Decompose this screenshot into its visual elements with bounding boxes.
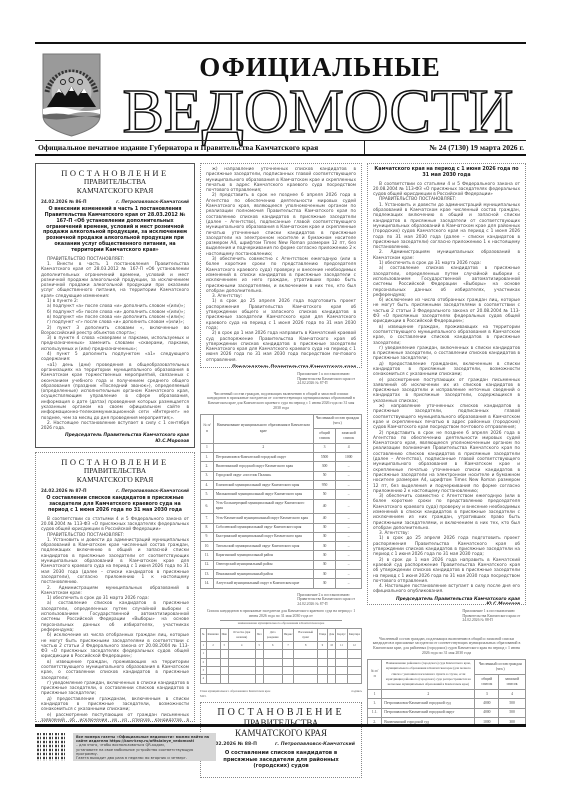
form-caption: Список кандидатов в присяжные заседатели… xyxy=(204,609,358,619)
publication-subtitle: Официальное печатное издание Губернатора… xyxy=(35,141,365,154)
juror-list-form-table: №ФамилияИмяОтчество (при наличии)ПолДата… xyxy=(200,628,362,684)
table-caption: Численный состав граждан, подлежащих вкл… xyxy=(204,392,358,411)
masthead-subbar: Официальное печатное издание Губернатора… xyxy=(35,140,526,156)
decree-meta: 24.02.2026 № 88-П г. Петропавловск-Камча… xyxy=(207,742,355,747)
decree-title: О составлении списков кандидатов в прися… xyxy=(41,496,189,513)
decree-title: О внесении изменений в часть 1 постановл… xyxy=(41,207,189,253)
table-row: 14.Алеутский муниципальный округ в Камча… xyxy=(201,579,362,588)
appendix-1-label: Приложение 1 к постановлению Правительст… xyxy=(462,609,526,623)
footer-info-box: Все номера газеты «Официальные ведомости… xyxy=(73,733,216,761)
appendix-1-label: Приложение 1 к постановлению Правительст… xyxy=(297,372,362,386)
decree-city: г. Петропавловск-Камчатский xyxy=(116,199,189,204)
decree-meta: 24.02.2026 № 86-П г. Петропавловск-Камча… xyxy=(41,199,189,204)
form-empty-row: 2 xyxy=(201,658,362,666)
decree-header: ПОСТАНОВЛЕНИЕ ПРАВИТЕЛЬСТВА КАМЧАТСКОГО … xyxy=(41,457,189,484)
form-index-row: 123456789101112 xyxy=(201,642,362,650)
appendix-2-label: Приложение 2 к постановлению Правительст… xyxy=(297,593,362,607)
decree-meta: 24.02.2026 № 87-П г. Петропавловск-Камча… xyxy=(41,488,189,493)
form-empty-row: 3 xyxy=(201,667,362,675)
table-row: 9.Быстринский муниципальный округ Камчат… xyxy=(201,532,362,541)
decree-88: ПОСТАНОВЛЕНИЕ ПРАВИТЕЛЬСТВА КАМЧАТСКОГО … xyxy=(200,702,362,778)
form-empty-row: 4 xyxy=(201,675,362,683)
table-row: 5.Мильковский муниципальный округ Камчат… xyxy=(201,490,362,499)
table-row: 6.Усть-Большерецкий муниципальный округ … xyxy=(201,499,362,514)
table-row: 11.Карагинский муниципальный район30– xyxy=(201,551,362,560)
table-row: 7.Усть-Камчатский муниципальный округ Ка… xyxy=(201,514,362,523)
footer-note-title: Все номера газеты «Официальные ведомости… xyxy=(76,735,213,743)
decree-signature: Председатель Правительства Камчатского к… xyxy=(373,597,520,605)
kamchatka-coat-of-arms-icon xyxy=(41,52,102,138)
table-row: 4.Елизовский муниципальный округ Камчатс… xyxy=(201,481,362,490)
decree-87-continued: ж) направление уточненных списков кандид… xyxy=(200,163,362,368)
table-row: 13.Пенжинский муниципальный район30– xyxy=(201,570,362,579)
page-bottom-rule xyxy=(35,724,526,727)
form-header-row: №ФамилияИмяОтчество (при наличии)ПолДата… xyxy=(201,628,362,642)
form-empty-row: 1 xyxy=(201,650,362,658)
column-3: Камчатского края на период с 1 июня 2026… xyxy=(367,163,526,727)
decree-header: ПОСТАНОВЛЕНИЕ ПРАВИТЕЛЬСТВА КАМЧАТСКОГО … xyxy=(41,168,189,195)
table-row: 1.Петропавловск-Камчатский городской суд… xyxy=(368,699,526,708)
decree-signature: Председатель Правительства Камчатского к… xyxy=(41,433,189,444)
decree-city: г. Петропавловск-Камчатский xyxy=(275,742,355,747)
masthead-top-rule xyxy=(35,42,526,44)
form-caption-sub: наименование муниципального образования … xyxy=(220,620,342,626)
decree-date-number: 24.02.2026 № 86-П xyxy=(41,199,87,204)
district-courts-jurors-table: № п/п Наименование районного (городского… xyxy=(367,659,526,728)
masthead-title-main: ВЕДОМОСТИ xyxy=(108,82,528,142)
table-row: 1.Петропавловск-Камчатский городской окр… xyxy=(201,453,362,462)
table-row: 1.1.Петропавловск-Камчатский городской о… xyxy=(368,708,526,717)
table-row: 3.Городской округ «поселок Палана»50– xyxy=(201,471,362,480)
decree-title-continued: Камчатского края на период с 1 июня 2026… xyxy=(373,167,520,179)
decree-87: ПОСТАНОВЛЕНИЕ ПРАВИТЕЛЬСТВА КАМЧАТСКОГО … xyxy=(35,452,195,722)
qr-code-icon[interactable] xyxy=(37,733,65,761)
decree-signature: Председатель Правительства Камчатского к… xyxy=(206,365,356,368)
decree-city: г. Петропавловск-Камчатский xyxy=(116,488,189,493)
decree-86: ПОСТАНОВЛЕНИЕ ПРАВИТЕЛЬСТВА КАМЧАТСКОГО … xyxy=(35,163,195,448)
table-body: 1.Петропавловск-Камчатский городской окр… xyxy=(201,453,362,588)
table-row: 12.Олюторский муниципальный район30– xyxy=(201,560,362,569)
column-2: ж) направление уточненных списков кандид… xyxy=(200,163,362,778)
table-row: 10.Тигильский муниципальный округ Камчат… xyxy=(201,542,362,551)
table-row: 8.Соболевский муниципальный округ Камчат… xyxy=(201,523,362,532)
table-body: 1.Петропавловск-Камчатский городской суд… xyxy=(368,699,526,727)
column-1: ПОСТАНОВЛЕНИЕ ПРАВИТЕЛЬСТВА КАМЧАТСКОГО … xyxy=(35,163,195,722)
jurors-count-table: № п/п Наименование муниципального образо… xyxy=(200,414,362,589)
table-caption: Численный состав граждан, подлежащих вкл… xyxy=(371,637,522,656)
decree-88-continued: Камчатского края на период с 1 июня 2026… xyxy=(367,163,526,605)
issue-number-date: № 24 (7130) 19 марта 2026 г. xyxy=(365,143,526,152)
table-row: 2.Вилючинский городской округ Камчатског… xyxy=(201,462,362,471)
decree-title: О составлении списков кандидатов в прися… xyxy=(207,750,355,769)
decree-date-number: 24.02.2026 № 87-П xyxy=(41,488,87,493)
